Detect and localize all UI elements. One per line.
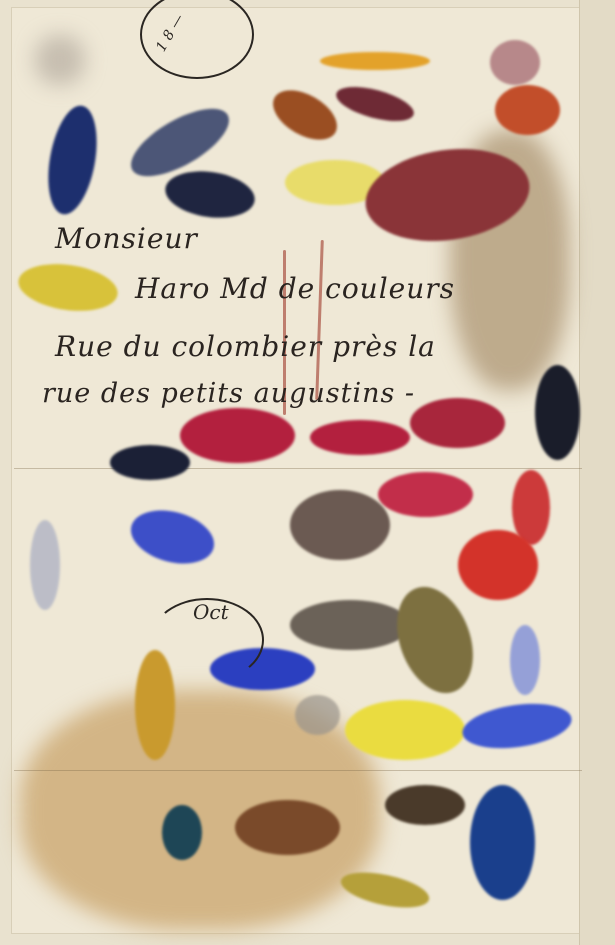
vermilion-swatch: [495, 85, 560, 135]
red-swatch: [458, 530, 538, 600]
navy-swatch: [110, 445, 190, 480]
address-line-2: Haro Md de couleurs: [135, 272, 455, 305]
postmark-middle-text: Oct: [193, 600, 229, 624]
dark-brown-swatch: [385, 785, 465, 825]
pale-blue-swatch: [510, 625, 540, 695]
rose-swatch: [490, 40, 540, 85]
deep-blue-swatch: [470, 785, 535, 900]
black-swatch-right: [535, 365, 580, 460]
address-line-1: Monsieur: [55, 222, 198, 255]
address-line-4: rue des petits augustins -: [42, 378, 415, 409]
address-line-3: Rue du colombier près la: [55, 330, 436, 363]
paper-edge: [579, 0, 615, 945]
fold-line: [14, 770, 582, 771]
orange-swatch: [320, 52, 430, 70]
crimson-swatch-2: [310, 420, 410, 455]
teal-swatch: [162, 805, 202, 860]
fold-line: [14, 468, 582, 469]
brown-swatch: [235, 800, 340, 855]
sepia-swatch: [290, 490, 390, 560]
crimson-swatch-1: [180, 408, 295, 463]
crimson-swatch-3: [410, 398, 505, 448]
grey-stain-top: [35, 35, 85, 85]
light-grey-swatch: [295, 695, 340, 735]
grey-swatch: [290, 600, 410, 650]
carmine-swatch: [378, 472, 473, 517]
faint-blue-marks: [30, 520, 60, 610]
lemon-yellow-swatch: [345, 700, 465, 760]
